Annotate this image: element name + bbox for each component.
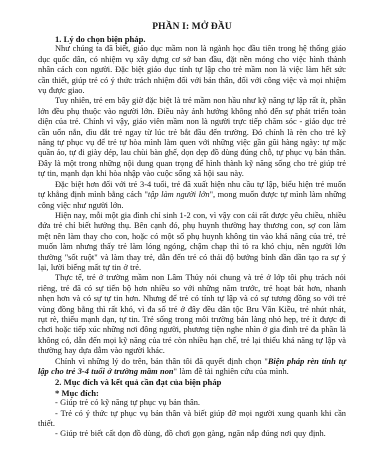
- bullet-item: - Giúp trẻ biết cất dọn đồ dùng, đồ chơi…: [38, 429, 346, 439]
- section-2-heading: 2. Mục đích và kết quả cần đạt của biện …: [38, 377, 346, 387]
- paragraph-intro: Như chúng ta đã biết, giáo dục mầm non l…: [38, 44, 346, 96]
- paragraph-age-group: Đặc biệt hơn đối với trẻ 3-4 tuổi, trẻ đ…: [38, 180, 346, 211]
- paragraph-school-reality: Thực tế, trẻ ở trường mầm non Lâm Thủy n…: [38, 273, 346, 356]
- paragraph-problem: Tuy nhiên, trẻ em bây giờ đặc biệt là tr…: [38, 96, 346, 179]
- paragraph-family: Hiện nay, mỗi một gia đình chỉ sinh 1-2 …: [38, 211, 346, 273]
- paragraph-topic-choice: Chính vì những lý do trên, bản thân tôi …: [38, 357, 346, 378]
- section-1-heading: 1. Lý do chọn biện pháp.: [38, 34, 346, 44]
- paragraph-text: Chính vì những lý do trên, bản thân tôi …: [55, 357, 268, 366]
- page-title: PHẦN I: MỞ ĐẦU: [38, 21, 346, 33]
- bullet-item: - Giúp trẻ có kỹ năng tự phục vụ bản thâ…: [38, 398, 346, 408]
- document-page: PHẦN I: MỞ ĐẦU 1. Lý do chọn biện pháp. …: [0, 0, 366, 473]
- bullet-item: - Trẻ có ý thức tự phục vụ bản thân và b…: [38, 409, 346, 430]
- inline-quote: tập làm người lớn: [148, 190, 210, 199]
- section-2-subheading: * Mục đích:: [38, 388, 346, 398]
- paragraph-text: " làm đề tài nghiên cứu của mình.: [174, 367, 289, 376]
